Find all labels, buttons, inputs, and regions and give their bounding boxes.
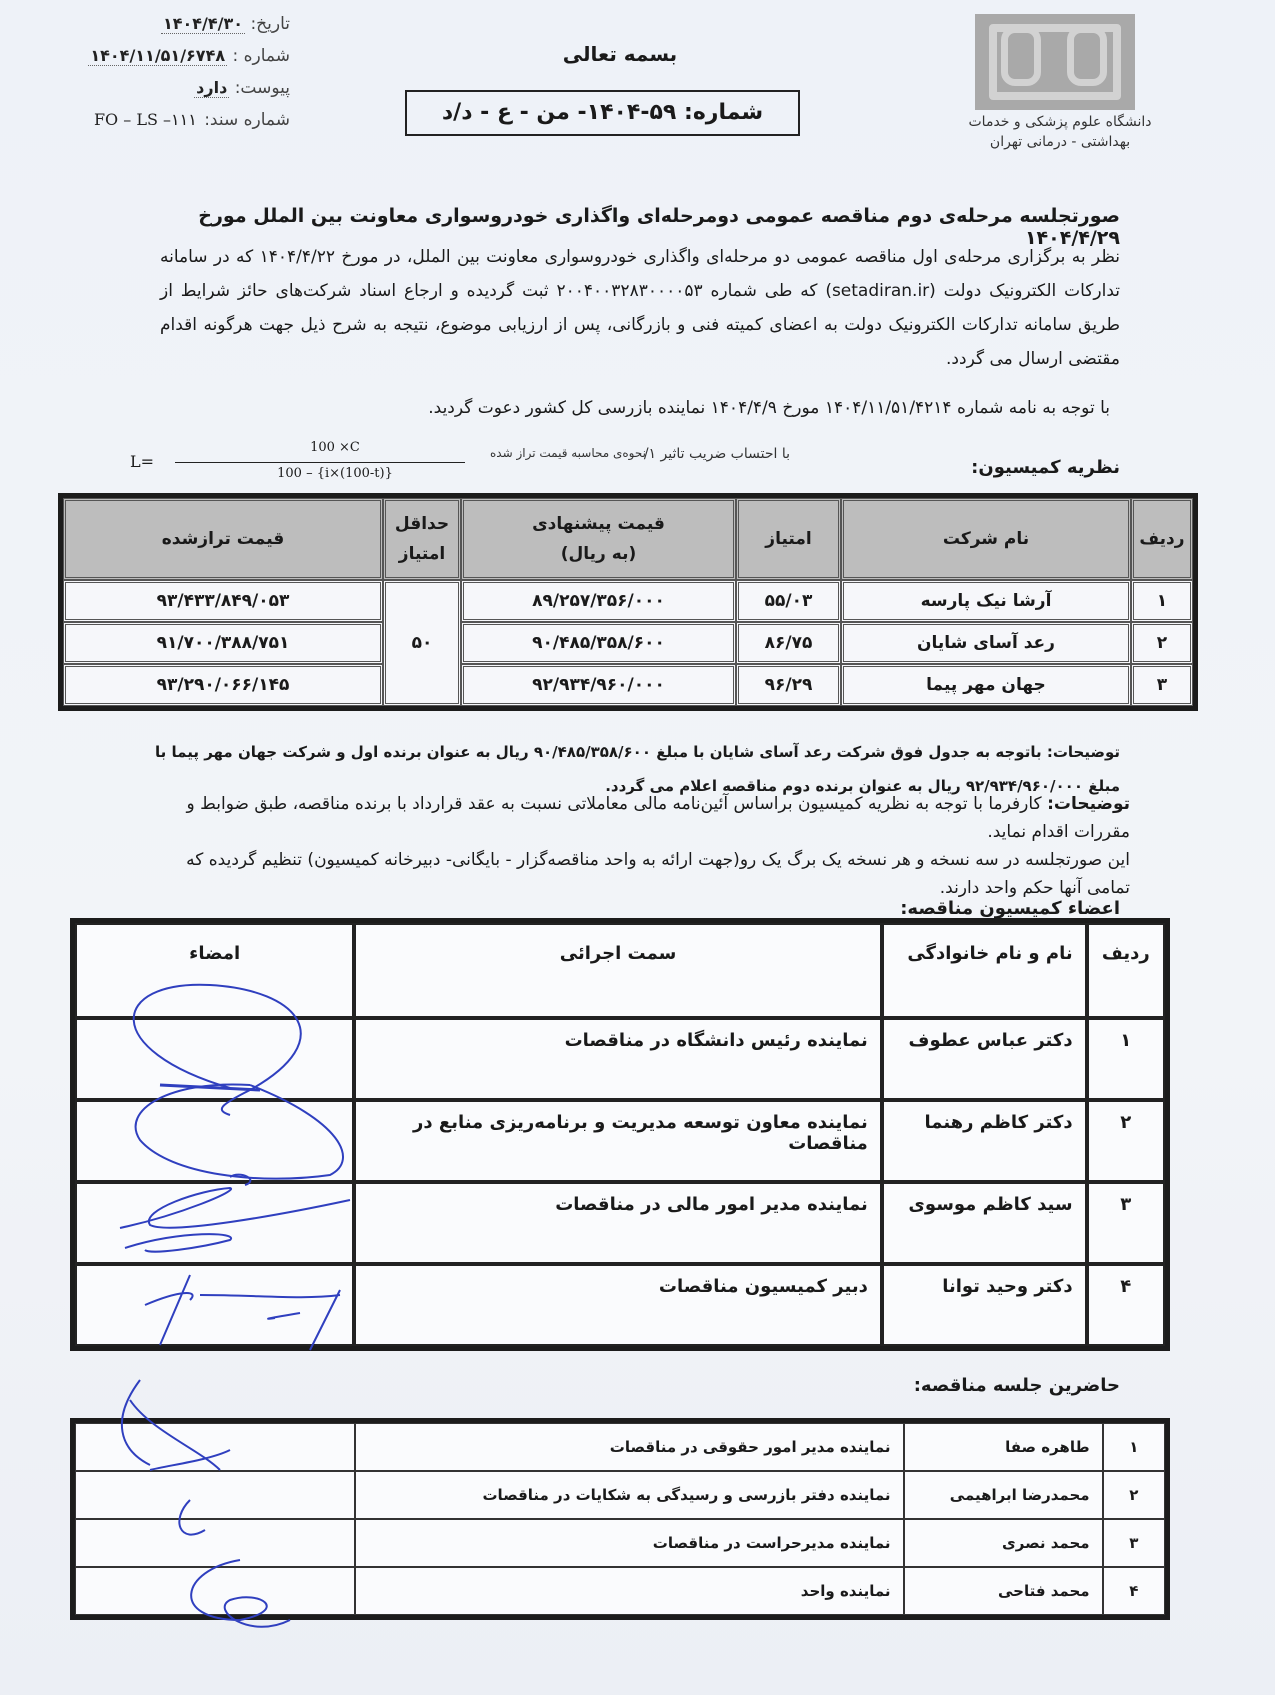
table-row: ۱ طاهره صفا نماینده مدیر امور حقوقی در م… <box>75 1423 1165 1471</box>
formula-numerator: 100 ×C <box>235 440 435 455</box>
row-idx: ۴ <box>1103 1567 1165 1615</box>
date-label: تاریخ: <box>250 14 290 34</box>
bid-price: ۹۰/۴۸۵/۳۵۸/۶۰۰ <box>461 622 736 664</box>
min-score: ۵۰ <box>383 580 461 706</box>
signature-cell <box>75 1567 355 1615</box>
member-role: دبیر کمیسیون مناقصات <box>354 1264 882 1346</box>
bids-table: ردیف نام شرکت امتیاز قیمت پیشنهادی (به ر… <box>58 493 1198 711</box>
number-row: شماره : ۱۴۰۴/۱۱/۵۱/۶۷۴۸ <box>40 40 290 72</box>
attachment-label: پیوست: <box>235 78 290 98</box>
member-name: سید کاظم موسوی <box>882 1182 1087 1264</box>
attendee-name: محمد نصری <box>904 1519 1103 1567</box>
bids-header-row: ردیف نام شرکت امتیاز قیمت پیشنهادی (به ر… <box>63 498 1193 580</box>
signature-cell <box>75 1264 354 1346</box>
table-row: ۲ دکتر کاظم رهنما نماینده معاون توسعه مد… <box>75 1100 1165 1182</box>
company-name: آرشا نیک پارسه <box>841 580 1131 622</box>
intro-paragraph: نظر به برگزاری مرحله‌ی اول مناقصه عمومی … <box>160 240 1120 376</box>
committee-title: اعضاء کمیسیون مناقصه: <box>900 898 1120 919</box>
col-score: امتیاز <box>736 498 841 580</box>
company-name: رعد آسای شایان <box>841 622 1131 664</box>
date-value: ۱۴۰۴/۴/۳۰ <box>161 14 245 34</box>
col-min-score: حداقل امتیاز <box>383 498 461 580</box>
col-role: سمت اجرائی <box>354 923 882 1018</box>
attachment-value: دارد <box>194 78 229 98</box>
commission-opinion-title: نظریه کمیسیون: <box>971 457 1120 478</box>
member-name: دکتر عباس عطوف <box>882 1018 1087 1100</box>
member-role: نماینده معاون توسعه مدیریت و برنامه‌ریزی… <box>354 1100 882 1182</box>
doc-code-label: شماره سند: <box>204 110 290 130</box>
attendee-role: نماینده واحد <box>355 1567 904 1615</box>
score: ۸۶/۷۵ <box>736 622 841 664</box>
org-line-1: دانشگاه علوم پزشکی و خدمات <box>960 112 1160 132</box>
formula-description: نحوه‌ی محاسبه قیمت تراز شده <box>490 446 646 460</box>
row-idx: ۱ <box>1131 580 1193 622</box>
row-idx: ۳ <box>1131 664 1193 706</box>
table-row: ۳ سید کاظم موسوی نماینده مدیر امور مالی … <box>75 1182 1165 1264</box>
table-row: ۲ رعد آسای شایان ۸۶/۷۵ ۹۰/۴۸۵/۳۵۸/۶۰۰ ۹۱… <box>63 622 1193 664</box>
attachment-row: پیوست: دارد <box>40 72 290 104</box>
col-leveled-price: قیمت ترازشده <box>63 498 383 580</box>
signature-cell <box>75 1100 354 1182</box>
attendee-name: طاهره صفا <box>904 1423 1103 1471</box>
committee-table: ردیف نام و نام خانوادگی سمت اجرائی امضاء… <box>70 918 1170 1351</box>
formula-denominator: 100 – {i×(100-t)} <box>235 466 435 481</box>
bid-price: ۹۲/۹۳۴/۹۶۰/۰۰۰ <box>461 664 736 706</box>
notes-block: توضیحات: کارفرما با توجه به نظریه کمیسیو… <box>140 790 1130 902</box>
leveled-price: ۹۳/۴۳۳/۸۴۹/۰۵۳ <box>63 580 383 622</box>
signature-cell <box>75 1018 354 1100</box>
signature-cell <box>75 1519 355 1567</box>
row-idx: ۳ <box>1087 1182 1165 1264</box>
leveled-price: ۹۳/۲۹۰/۰۶۶/۱۴۵ <box>63 664 383 706</box>
contract-note: توضیحات: کارفرما با توجه به نظریه کمیسیو… <box>140 790 1130 846</box>
bismillah-heading: بسمه تعالی <box>540 42 700 66</box>
date-row: تاریخ: ۱۴۰۴/۴/۳۰ <box>40 8 290 40</box>
row-idx: ۲ <box>1131 622 1193 664</box>
number-label: شماره : <box>233 46 291 66</box>
attendee-role: نماینده دفتر بازرسی و رسیدگی به شکایات د… <box>355 1471 904 1519</box>
copies-note: این صورتجلسه در سه نسخه و هر نسخه یک برگ… <box>140 846 1130 902</box>
header-meta: تاریخ: ۱۴۰۴/۴/۳۰ شماره : ۱۴۰۴/۱۱/۵۱/۶۷۴۸… <box>40 8 290 136</box>
member-name: دکتر وحید توانا <box>882 1264 1087 1346</box>
doc-code-row: شماره سند: FO – LS –۱۱۱ <box>40 104 290 136</box>
signature-cell <box>75 1182 354 1264</box>
org-name: دانشگاه علوم پزشکی و خدمات بهداشتی - درم… <box>960 112 1160 152</box>
committee-header-row: ردیف نام و نام خانوادگی سمت اجرائی امضاء <box>75 923 1165 1018</box>
table-row: ۳ جهان مهر پیما ۹۶/۲۹ ۹۲/۹۳۴/۹۶۰/۰۰۰ ۹۳/… <box>63 664 1193 706</box>
signature-cell <box>75 1471 355 1519</box>
row-idx: ۲ <box>1103 1471 1165 1519</box>
coefficient-text: با احتساب ضریب تاثیر ۰/۱ <box>636 446 790 462</box>
leveled-price-formula: L= 100 ×C 100 – {i×(100-t)} نحوه‌ی محاسب… <box>130 440 790 490</box>
col-name: نام و نام خانوادگی <box>882 923 1087 1018</box>
row-idx: ۱ <box>1103 1423 1165 1471</box>
number-value: ۱۴۰۴/۱۱/۵۱/۶۷۴۸ <box>88 46 227 66</box>
member-role: نماینده رئیس دانشگاه در مناقصات <box>354 1018 882 1100</box>
formula-lhs: L= <box>130 452 154 471</box>
attendees-table: ۱ طاهره صفا نماینده مدیر امور حقوقی در م… <box>70 1418 1170 1620</box>
score: ۵۵/۰۳ <box>736 580 841 622</box>
attendee-role: نماینده مدیر امور حقوقی در مناقصات <box>355 1423 904 1471</box>
col-idx: ردیف <box>1131 498 1193 580</box>
fraction-bar <box>175 462 465 463</box>
table-row: ۳ محمد نصری نماینده مدیرحراست در مناقصات <box>75 1519 1165 1567</box>
attendee-name: محمدرضا ابراهیمی <box>904 1471 1103 1519</box>
table-row: ۱ آرشا نیک پارسه ۵۵/۰۳ ۸۹/۲۵۷/۳۵۶/۰۰۰ ۵۰… <box>63 580 1193 622</box>
university-logo-icon <box>975 14 1135 110</box>
member-name: دکتر کاظم رهنما <box>882 1100 1087 1182</box>
score: ۹۶/۲۹ <box>736 664 841 706</box>
session-number-box: شماره: ۵۹-۱۴۰۴- من - ع - د/د <box>405 90 800 136</box>
table-row: ۴ دکتر وحید توانا دبیر کمیسیون مناقصات <box>75 1264 1165 1346</box>
document-page: تاریخ: ۱۴۰۴/۴/۳۰ شماره : ۱۴۰۴/۱۱/۵۱/۶۷۴۸… <box>0 0 1275 1695</box>
signature-cell <box>75 1423 355 1471</box>
col-company: نام شرکت <box>841 498 1131 580</box>
col-idx: ردیف <box>1087 923 1165 1018</box>
row-idx: ۳ <box>1103 1519 1165 1567</box>
org-line-2: بهداشتی - درمانی تهران <box>960 132 1160 152</box>
attendee-role: نماینده مدیرحراست در مناقصات <box>355 1519 904 1567</box>
col-signature: امضاء <box>75 923 354 1018</box>
doc-code-value: FO – LS –۱۱۱ <box>92 110 199 129</box>
attendees-title: حاضرین جلسه مناقصه: <box>914 1375 1120 1396</box>
leveled-price: ۹۱/۷۰۰/۳۸۸/۷۵۱ <box>63 622 383 664</box>
col-bid: قیمت پیشنهادی (به ریال) <box>461 498 736 580</box>
company-name: جهان مهر پیما <box>841 664 1131 706</box>
inspection-paragraph: با توجه به نامه شماره ۱۴۰۴/۱۱/۵۱/۴۲۱۴ مو… <box>160 398 1110 418</box>
table-row: ۱ دکتر عباس عطوف نماینده رئیس دانشگاه در… <box>75 1018 1165 1100</box>
attendee-name: محمد فتاحی <box>904 1567 1103 1615</box>
member-role: نماینده مدیر امور مالی در مناقصات <box>354 1182 882 1264</box>
row-idx: ۱ <box>1087 1018 1165 1100</box>
table-row: ۲ محمدرضا ابراهیمی نماینده دفتر بازرسی و… <box>75 1471 1165 1519</box>
row-idx: ۲ <box>1087 1100 1165 1182</box>
row-idx: ۴ <box>1087 1264 1165 1346</box>
table-row: ۴ محمد فتاحی نماینده واحد <box>75 1567 1165 1615</box>
bid-price: ۸۹/۲۵۷/۳۵۶/۰۰۰ <box>461 580 736 622</box>
